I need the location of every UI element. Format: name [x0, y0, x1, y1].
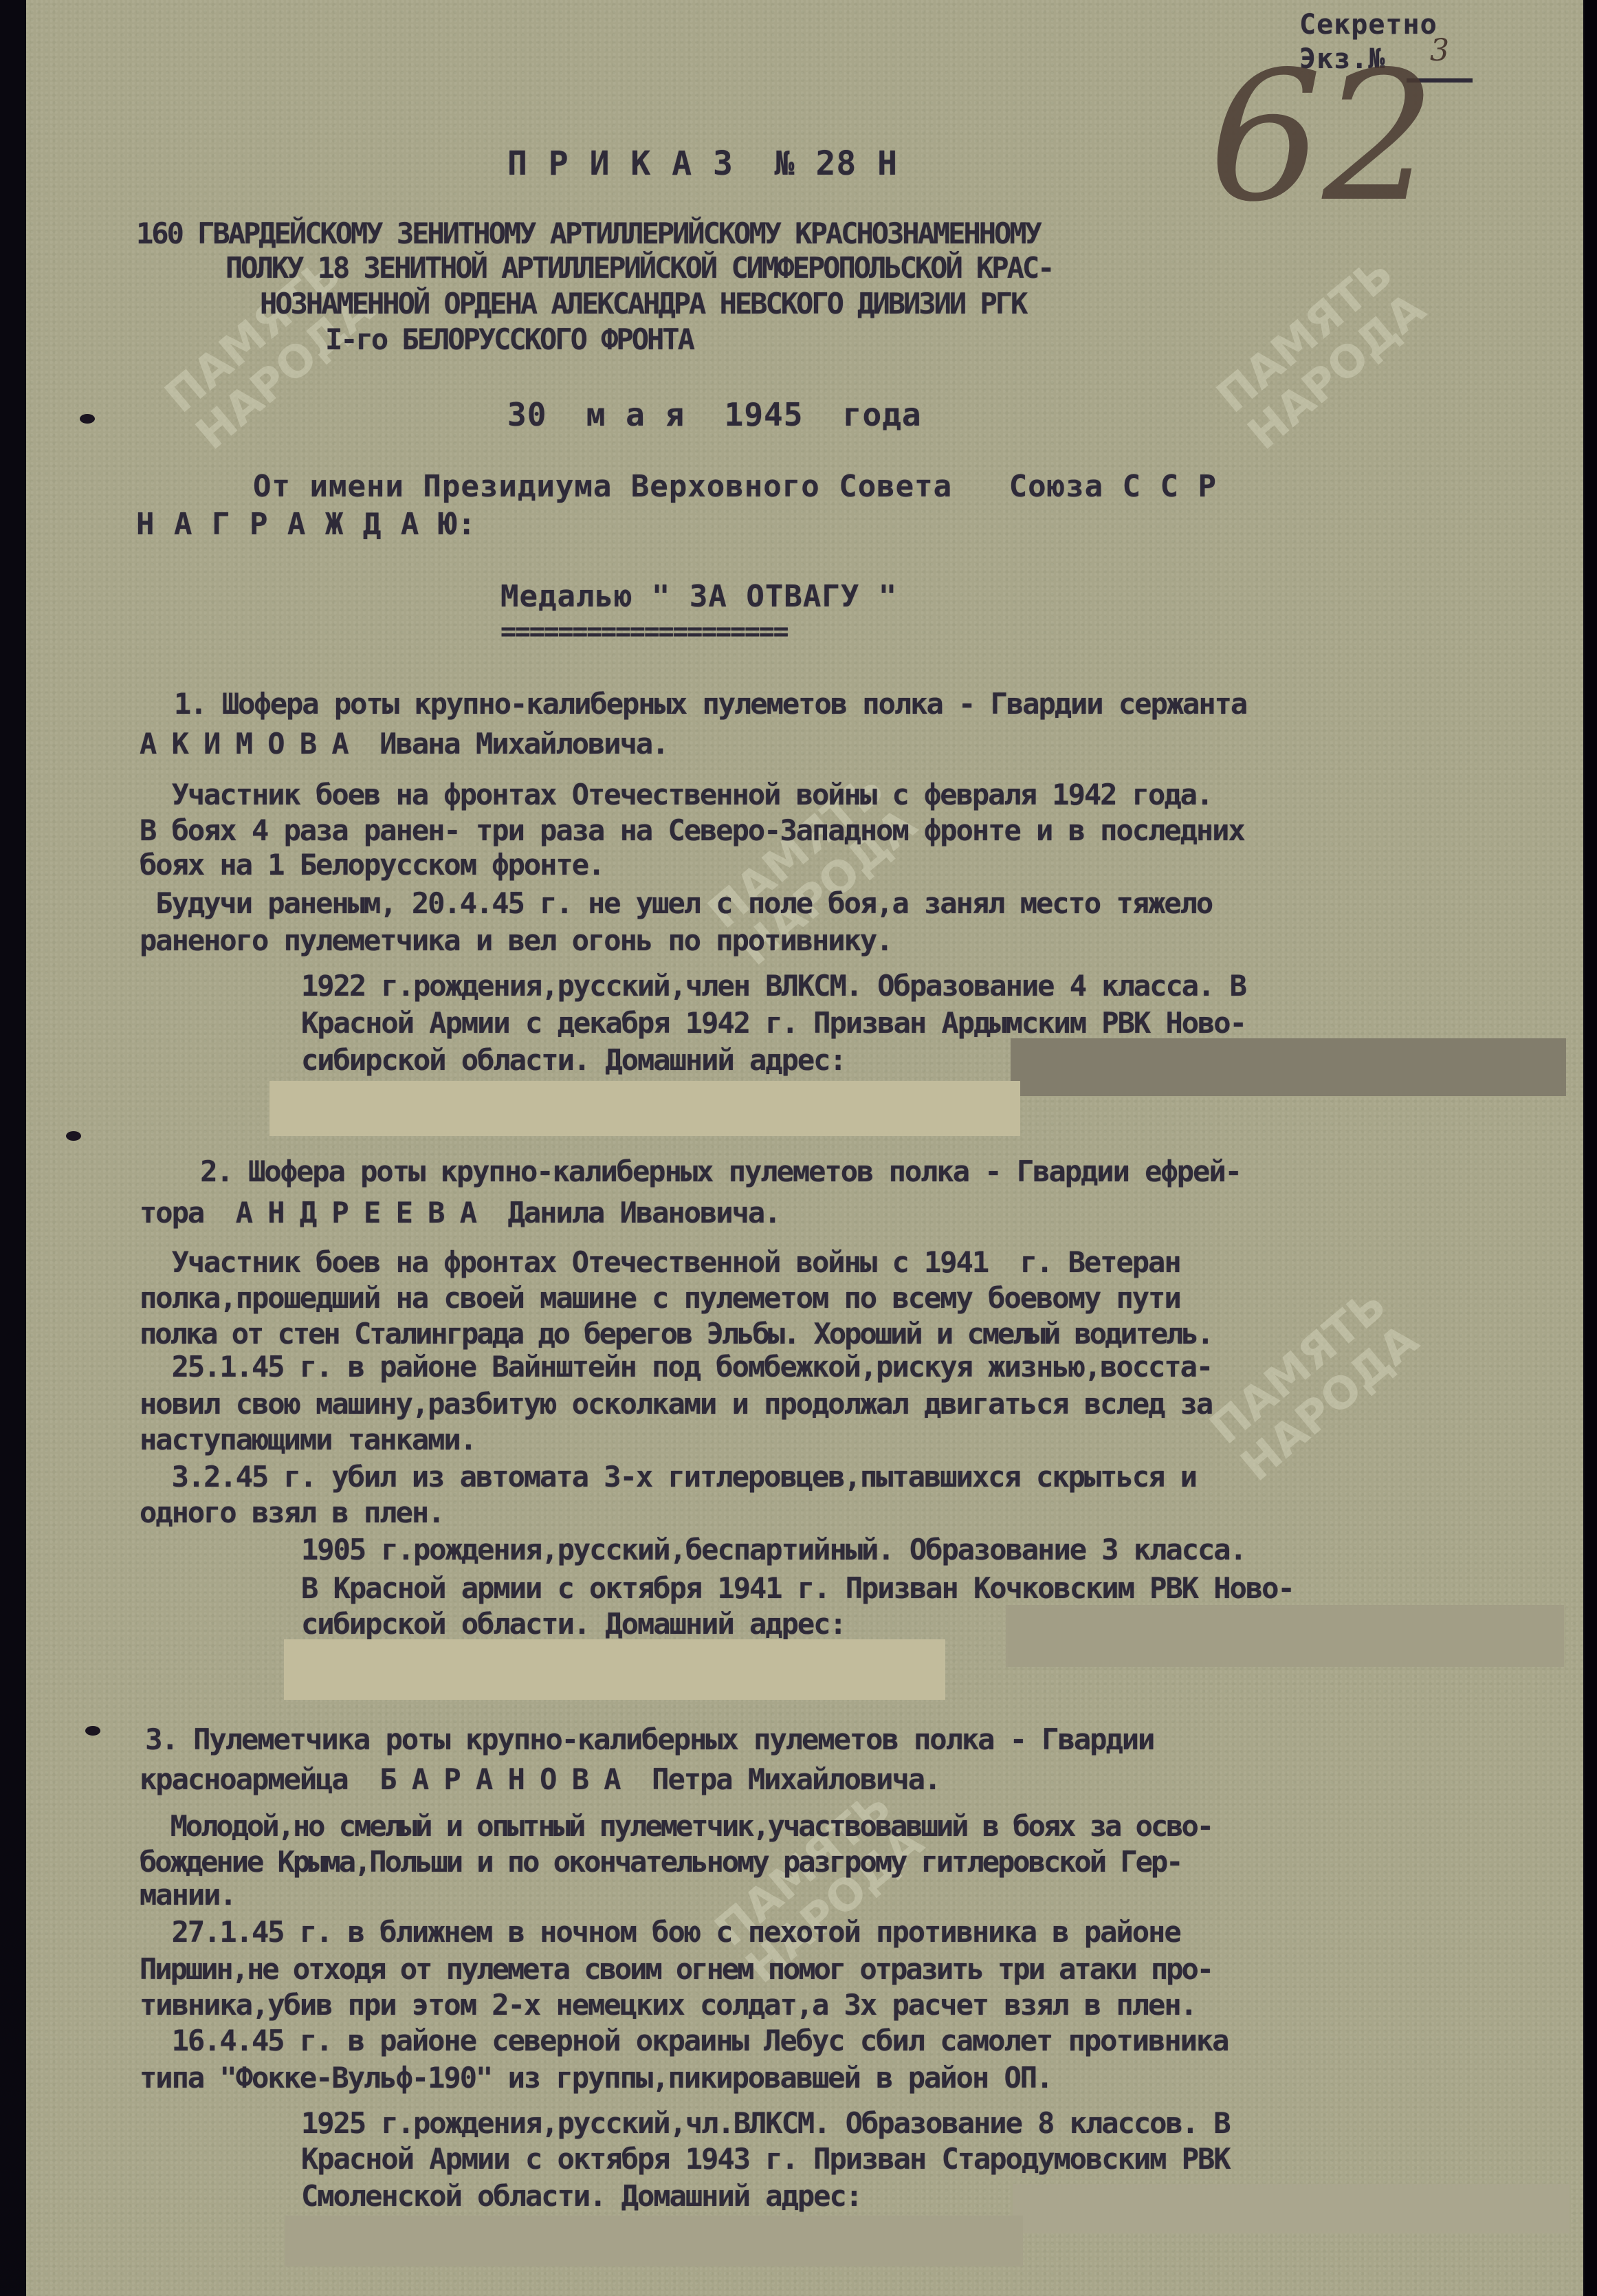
entry-recipient-name: А К И М О В А Ивана Михайловича. [140, 725, 668, 763]
order-date: 30 м а я 1945 года [507, 395, 922, 434]
watermark: ПАМЯТЬ НАРОДА [1202, 1279, 1427, 1490]
punch-hole [66, 1131, 81, 1141]
entry-heading-line: 3. Пулеметчика роты крупно-калиберных пу… [129, 1720, 1154, 1759]
preamble-awards-heading: Н А Г Р А Ж Д А Ю: [136, 505, 476, 544]
scan-edge [1585, 0, 1597, 2296]
unit-line-1: 160 ГВАРДЕЙСКОМУ ЗЕНИТНОМУ АРТИЛЛЕРИЙСКО… [136, 217, 1040, 250]
watermark: ПАМЯТЬ НАРОДА [1209, 248, 1434, 459]
redacted-address-block [1006, 1605, 1564, 1667]
punch-hole [80, 414, 95, 424]
archive-document-page: ПАМЯТЬ НАРОДА ПАМЯТЬ НАРОДА ПАМЯТЬ НАРОД… [26, 0, 1583, 2296]
preamble-line: От имени Президиума Верховного Совета Со… [253, 468, 1217, 506]
entry-bio-line: Смоленской области. Домашний адрес: [301, 2177, 861, 2216]
unit-line-3: НОЗНАМЕННОЙ ОРДЕНА АЛЕКСАНДРА НЕВСКОГО Д… [260, 287, 1026, 320]
entry-bio-line: Красной Армии с октября 1943 г. Призван … [301, 2140, 1230, 2178]
order-title: П Р И К А З № 28 Н [507, 144, 898, 183]
entry-body-line: боях на 1 Белорусском фронте. [140, 846, 604, 884]
punch-hole [85, 1726, 100, 1736]
entry-bio-line: 1905 г.рождения,русский,беспартийный. Об… [301, 1531, 1246, 1569]
entry-bio-line: 1925 г.рождения,русский,чл.ВЛКСМ. Образо… [301, 2104, 1230, 2143]
entry-bio-line: Красной Армии с декабря 1942 г. Призван … [301, 1004, 1246, 1042]
entry-body-line: бождение Крыма,Польши и по окончательном… [140, 1843, 1181, 1881]
award-name: Медалью " ЗА ОТВАГУ " [500, 578, 897, 616]
entry-heading-line: 1. Шофера роты крупно-калиберных пулемет… [174, 685, 1246, 723]
entry-body-line: раненого пулеметчика и вел огонь по прот… [140, 921, 892, 960]
entry-body-line: мании. [140, 1876, 236, 1914]
entry-body-line: 25.1.45 г. в районе Вайнштейн под бомбеж… [140, 1348, 1212, 1386]
entry-body-line: полка,прошедший на своей машине с пулеме… [140, 1279, 1180, 1318]
entry-body-line: В боях 4 раза ранен- три раза на Северо-… [140, 811, 1244, 850]
entry-body-line: Молодой,но смелый и опытный пулеметчик,у… [140, 1807, 1212, 1846]
entry-body-line: 3.2.45 г. убил из автомата 3-х гитлеровц… [140, 1458, 1196, 1496]
entry-body-line: типа "Фокке-Вульф-190" из группы,пикиров… [140, 2059, 1052, 2097]
handwritten-pencil-mark: 62 [1209, 48, 1436, 227]
entry-body-line: Будучи раненым, 20.4.45 г. не ушел с пол… [140, 884, 1212, 923]
entry-body-line: тивника,убив при этом 2-х немецких солда… [140, 1986, 1196, 2024]
entry-body-line: Участник боев на фронтах Отечественной в… [140, 776, 1212, 814]
entry-body-line: Пиршин,не отходя от пулемета своим огнем… [140, 1950, 1212, 1989]
award-underline: ==================== [500, 612, 788, 650]
entry-body-line: наступающими танками. [140, 1421, 476, 1459]
redacted-address-block [285, 2216, 1023, 2266]
entry-bio-line: сибирской области. Домашний адрес: [301, 1041, 846, 1080]
redacted-address-block [269, 1081, 1020, 1136]
entry-bio-line: сибирской области. Домашний адрес: [301, 1605, 846, 1643]
entry-body-line: одного взял в плен. [140, 1494, 443, 1532]
entry-bio-line: 1922 г.рождения,русский,член ВЛКСМ. Обра… [301, 967, 1246, 1005]
entry-heading-line: 2. Шофера роты крупно-калиберных пулемет… [184, 1152, 1241, 1191]
entry-body-line: 27.1.45 г. в ближнем в ночном бою с пехо… [140, 1913, 1180, 1951]
entry-recipient-name: тора А Н Д Р Е Е В А Данила Ивановича. [140, 1194, 780, 1232]
redacted-address-block [1013, 2184, 1570, 2233]
entry-recipient-name: красноармейца Б А Р А Н О В А Петра Миха… [140, 1760, 940, 1799]
entry-body-line: 16.4.45 г. в районе северной окраины Леб… [140, 2022, 1228, 2060]
entry-body-line: новил свою машину,разбитую осколками и п… [140, 1385, 1212, 1423]
redacted-address-block [284, 1639, 945, 1700]
unit-line-4: I-го БЕЛОРУССКОГО ФРОНТА [325, 323, 693, 356]
entry-bio-line: В Красной армии с октября 1941 г. Призва… [301, 1569, 1294, 1608]
redacted-address-block [1011, 1038, 1566, 1096]
unit-line-2: ПОЛКУ 18 ЗЕНИТНОЙ АРТИЛЛЕРИЙСКОЙ СИМФЕРО… [225, 252, 1053, 285]
entry-body-line: Участник боев на фронтах Отечественной в… [140, 1243, 1180, 1282]
